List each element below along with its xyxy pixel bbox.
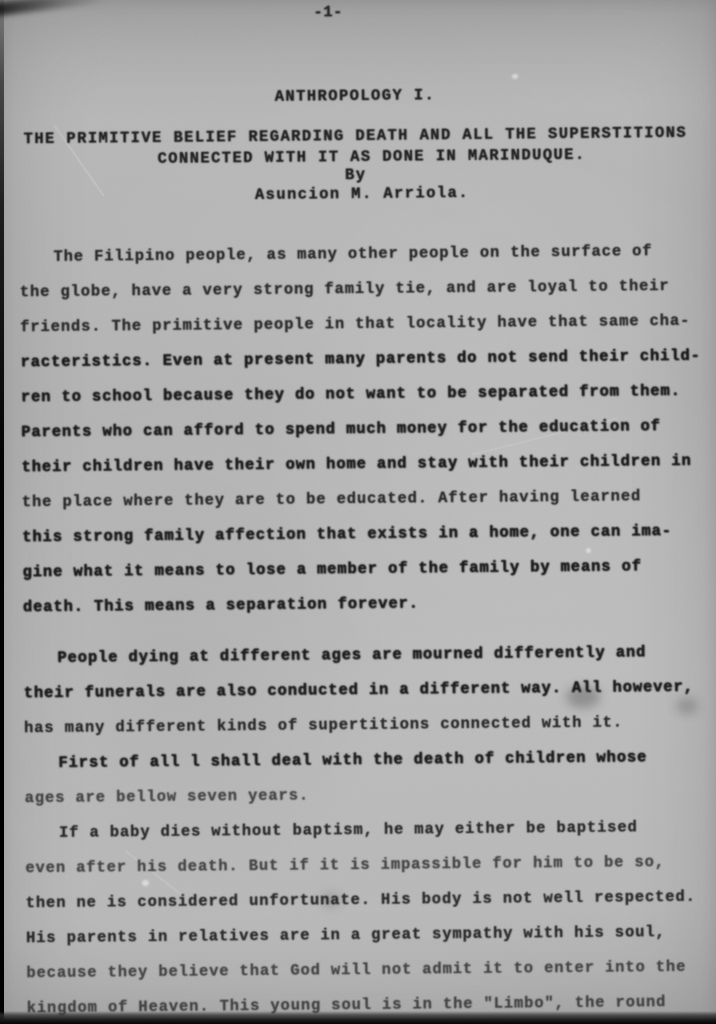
scanned-page: -1- ANTHROPOLOGY I. THE PRIMITIVE BELIEF… [0,0,716,1024]
body-line: death. This means a separation forever. [23,584,708,626]
document-body: The Filipino people, as many other peopl… [19,234,712,1024]
bottom-edge-shadow [0,1011,716,1024]
course-title: ANTHROPOLOGY I. [0,84,713,109]
body-line: First of all l shall deal with the death… [24,740,709,782]
left-edge-shadow [0,0,4,1024]
page-number: -1- [0,0,686,25]
body-line: gine what it means to lose a member of t… [22,549,707,591]
typewritten-content: -1- ANTHROPOLOGY I. THE PRIMITIVE BELIEF… [0,0,716,1024]
